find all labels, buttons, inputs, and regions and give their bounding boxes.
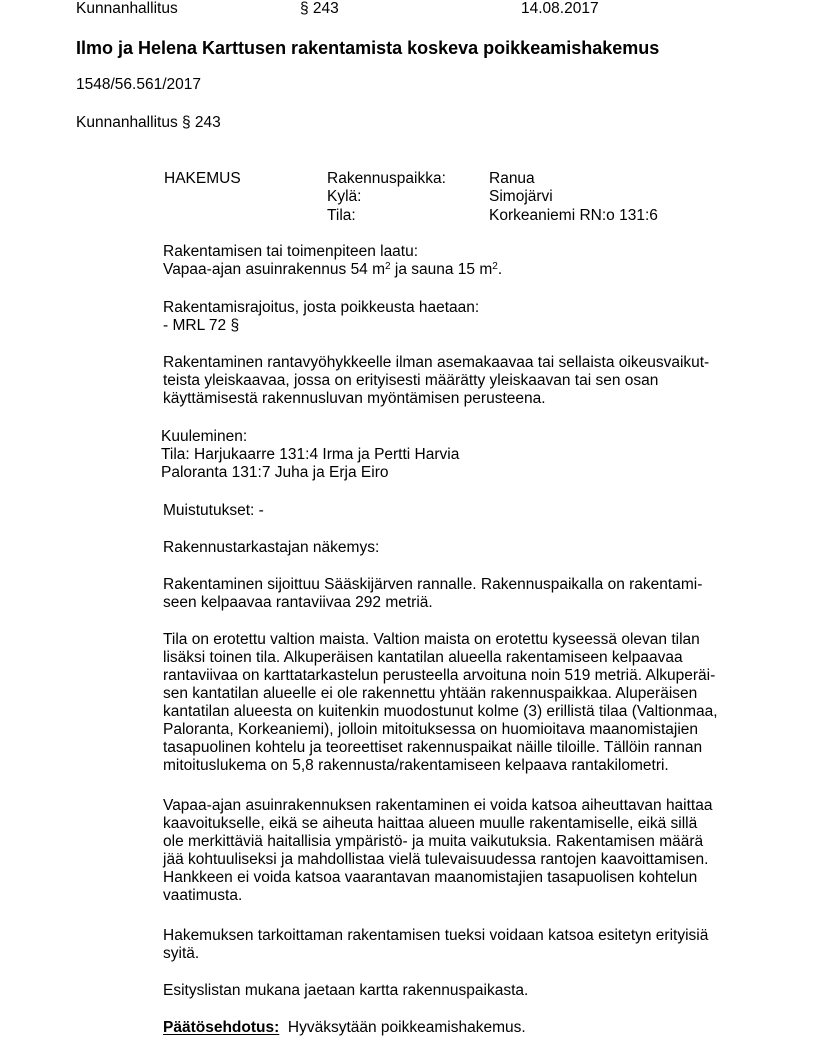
inspector-paragraph: Tila on erotettu valtion maista. Valtion…: [163, 631, 763, 775]
field-label-estate: Tila:: [327, 207, 356, 225]
paragraph-line: Paloranta, Korkeaniemi), jolloin mitoitu…: [163, 721, 763, 739]
objections-text: Muistutukset: -: [163, 502, 763, 520]
objections-section: Muistutukset: -: [163, 502, 763, 520]
record-number: 1548/56.561/2017: [76, 76, 201, 94]
hearing-line: Paloranta 131:7 Juha ja Erja Eiro: [161, 464, 761, 482]
decision-line: Päätösehdotus: Hyväksytään poikkeamishak…: [163, 1019, 763, 1037]
paragraph-line: vaatimusta.: [163, 887, 763, 905]
restriction-value: - MRL 72 §: [163, 317, 763, 335]
paragraph-line: mitoituslukema on 5,8 rakennusta/rakenta…: [163, 757, 763, 775]
inspector-view-section: Rakennustarkastajan näkemys:: [163, 539, 763, 557]
field-label-village: Kylä:: [327, 188, 361, 206]
paragraph-line: jää kohtuuliseksi ja mahdollistaa vielä …: [163, 851, 763, 869]
paragraph-line: Rakentaminen sijoittuu Sääskijärven rann…: [163, 576, 763, 594]
hearing-section: Kuuleminen: Tila: Harjukaarre 131:4 Irma…: [161, 428, 761, 482]
inspector-paragraph: Rakentaminen sijoittuu Sääskijärven rann…: [163, 576, 763, 612]
restriction-line: teista yleiskaavaa, jossa on erityisesti…: [163, 372, 763, 390]
work-type-text-2: ja sauna 15 m: [391, 261, 493, 278]
inspector-paragraph: Hakemuksen tarkoittaman rakentamisen tue…: [163, 927, 763, 963]
inspector-paragraph: Vapaa-ajan asuinrakennuksen rakentaminen…: [163, 797, 763, 905]
paragraph-line: Hakemuksen tarkoittaman rakentamisen tue…: [163, 927, 763, 945]
field-value-estate: Korkeaniemi RN:o 131:6: [489, 207, 658, 225]
paragraph-line: Esityslistan mukana jaetaan kartta raken…: [163, 982, 763, 1000]
decision-label: Päätösehdotus:: [163, 1019, 279, 1036]
work-type-text-3: .: [498, 261, 502, 278]
decision-text: Hyväksytään poikkeamishakemus.: [288, 1019, 526, 1036]
paragraph-line: Vapaa-ajan asuinrakennuksen rakentaminen…: [163, 797, 763, 815]
inspector-view-heading: Rakennustarkastajan näkemys:: [163, 539, 763, 557]
restriction-line: Rakentaminen rantavyöhykkeelle ilman ase…: [163, 354, 763, 372]
hearing-line: Tila: Harjukaarre 131:4 Irma ja Pertti H…: [161, 446, 761, 464]
header-section: § 243: [300, 0, 339, 18]
paragraph-line: kantatilan alueesta on kuitenkin muodost…: [163, 703, 763, 721]
restriction-section: Rakentamisrajoitus, josta poikkeusta hae…: [163, 299, 763, 335]
field-value-site: Ranua: [489, 170, 535, 188]
paragraph-line: syitä.: [163, 945, 763, 963]
work-type-section: Rakentamisen tai toimenpiteen laatu: Vap…: [163, 243, 763, 279]
document-title: Ilmo ja Helena Karttusen rakentamista ko…: [76, 37, 659, 59]
paragraph-line: rantaviivaa on karttatarkastelun peruste…: [163, 667, 763, 685]
header-body: Kunnanhallitus: [76, 0, 178, 18]
paragraph-line: kaavoitukselle, eikä se aiheuta haittaa …: [163, 815, 763, 833]
restriction-line: käyttämisestä rakennusluvan myöntämisen …: [163, 390, 763, 408]
paragraph-line: Tila on erotettu valtion maista. Valtion…: [163, 631, 763, 649]
work-type-label: Rakentamisen tai toimenpiteen laatu:: [163, 243, 763, 261]
paragraph-line: seen kelpaavaa rantaviivaa 292 metriä.: [163, 594, 763, 612]
section-reference: Kunnanhallitus § 243: [76, 114, 221, 132]
hearing-label: Kuuleminen:: [161, 428, 761, 446]
paragraph-line: lisäksi toinen tila. Alkuperäisen kantat…: [163, 649, 763, 667]
paragraph-line: sen kantatilan alueelle ei ole rakennett…: [163, 685, 763, 703]
paragraph-line: ole merkittäviä haitallisia ympäristö- j…: [163, 833, 763, 851]
work-type-value: Vapaa-ajan asuinrakennus 54 m2 ja sauna …: [163, 261, 763, 279]
paragraph-line: Hankkeen ei voida katsoa vaarantavan maa…: [163, 869, 763, 887]
paragraph-line: tasapuolinen kohtelu ja teoreettiset rak…: [163, 739, 763, 757]
restriction-label: Rakentamisrajoitus, josta poikkeusta hae…: [163, 299, 763, 317]
work-type-text-1: Vapaa-ajan asuinrakennus 54 m: [163, 261, 385, 278]
restriction-explanation: Rakentaminen rantavyöhykkeelle ilman ase…: [163, 354, 763, 408]
decision-section: Päätösehdotus: Hyväksytään poikkeamishak…: [163, 1019, 763, 1037]
inspector-paragraph: Esityslistan mukana jaetaan kartta raken…: [163, 982, 763, 1000]
application-heading: HAKEMUS: [164, 170, 241, 188]
field-value-village: Simojärvi: [489, 188, 553, 206]
field-label-site: Rakennuspaikka:: [327, 170, 446, 188]
header-date: 14.08.2017: [521, 0, 599, 18]
